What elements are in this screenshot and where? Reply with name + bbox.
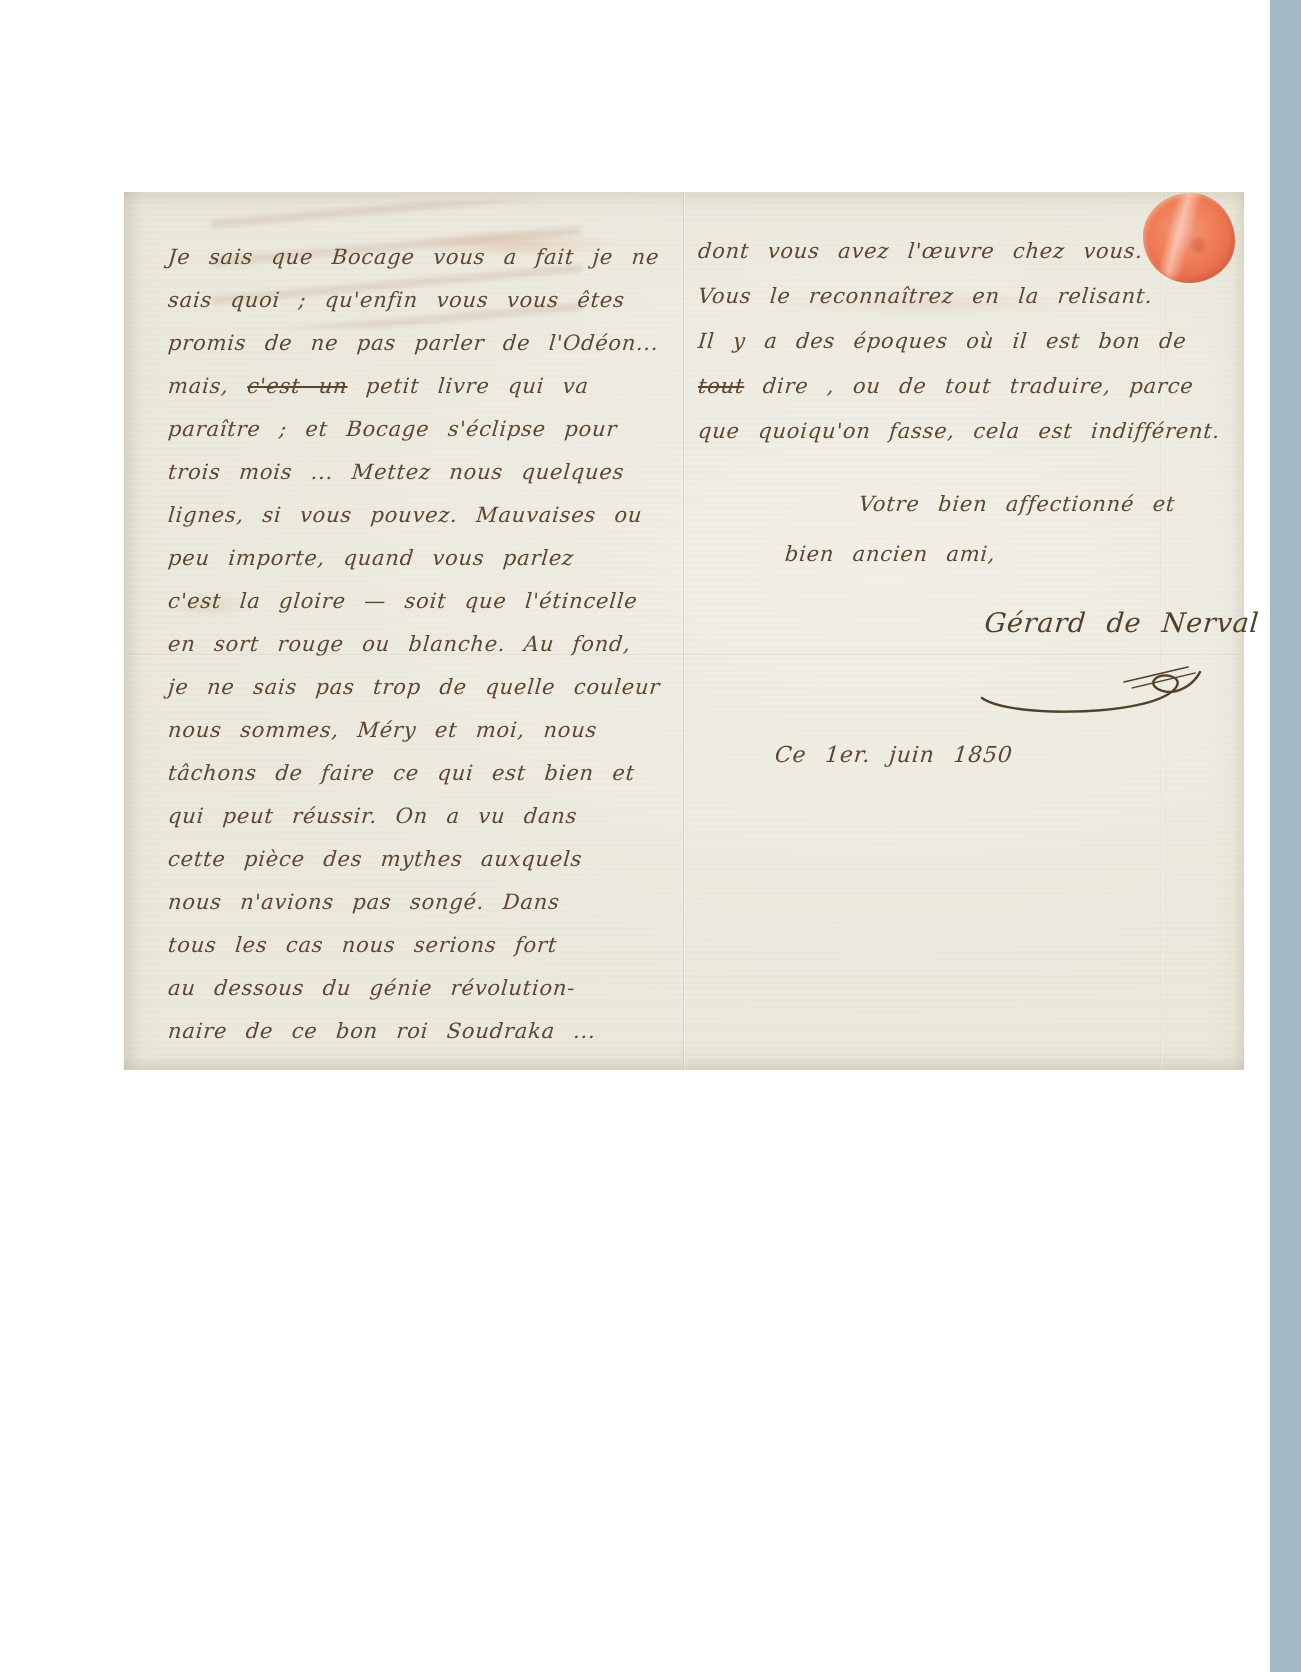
handwriting-line: paraître ; et Bocage s'éclipse pour (166, 408, 662, 451)
handwriting-line: que quoiqu'on fasse, cela est indifféren… (696, 409, 1222, 454)
handwriting-line: qui peut réussir. On a vu dans (166, 795, 662, 838)
closing-line: Votre bien affectionné et (858, 492, 1176, 516)
handwriting-line: Il y a des époques où il est bon de (696, 319, 1222, 364)
handwriting-line: mais, c'est un petit livre qui va (166, 365, 662, 408)
signature: Gérard de Nerval (983, 608, 1260, 639)
letter-scan: Je sais que Bocage vous a fait je ne sai… (124, 192, 1244, 1070)
handwriting-line: promis de ne pas parler de l'Odéon... (166, 322, 662, 365)
handwriting-line: je ne sais pas trop de quelle couleur (166, 666, 662, 709)
date-line: Ce 1er. juin 1850 (774, 743, 1014, 768)
handwriting-line: naire de ce bon roi Soudraka ... (166, 1010, 662, 1053)
handwriting-line: nous n'avions pas songé. Dans (166, 881, 662, 924)
letter-right-page: dont vous avez l'œuvre chez vous. Vous l… (700, 229, 1222, 454)
right-accent-strip (1270, 0, 1301, 1672)
handwriting-line: trois mois ... Mettez nous quelques (166, 451, 662, 494)
closing-line: bien ancien ami, (784, 542, 997, 566)
handwriting-line: lignes, si vous pouvez. Mauvaises ou (166, 494, 662, 537)
handwriting-line: sais quoi ; qu'enfin vous vous êtes (166, 279, 662, 322)
handwriting-line: tâchons de faire ce qui est bien et (166, 752, 662, 795)
handwriting-line: cette pièce des mythes auxquels (166, 838, 662, 881)
handwriting-line: au dessous du génie révolution- (166, 967, 662, 1010)
handwriting-line: Vous le reconnaîtrez en la relisant. (696, 274, 1222, 319)
letter-left-page: Je sais que Bocage vous a fait je ne sai… (170, 236, 662, 1053)
red-wax-seal (1143, 193, 1235, 283)
handwriting-line: peu importe, quand vous parlez (166, 537, 662, 580)
handwriting-line: en sort rouge ou blanche. Au fond, (166, 623, 662, 666)
handwriting-line: Je sais que Bocage vous a fait je ne (166, 236, 662, 279)
handwriting-line: nous sommes, Méry et moi, nous (166, 709, 662, 752)
signature-flourish-icon (974, 660, 1204, 716)
handwriting-line: c'est la gloire — soit que l'étincelle (166, 580, 662, 623)
handwriting-line: tous les cas nous serions fort (166, 924, 662, 967)
page-background: Je sais que Bocage vous a fait je ne sai… (0, 0, 1301, 1672)
center-fold-line (683, 192, 686, 1070)
handwriting-line: tout dire , ou de tout traduire, parce (696, 364, 1222, 409)
